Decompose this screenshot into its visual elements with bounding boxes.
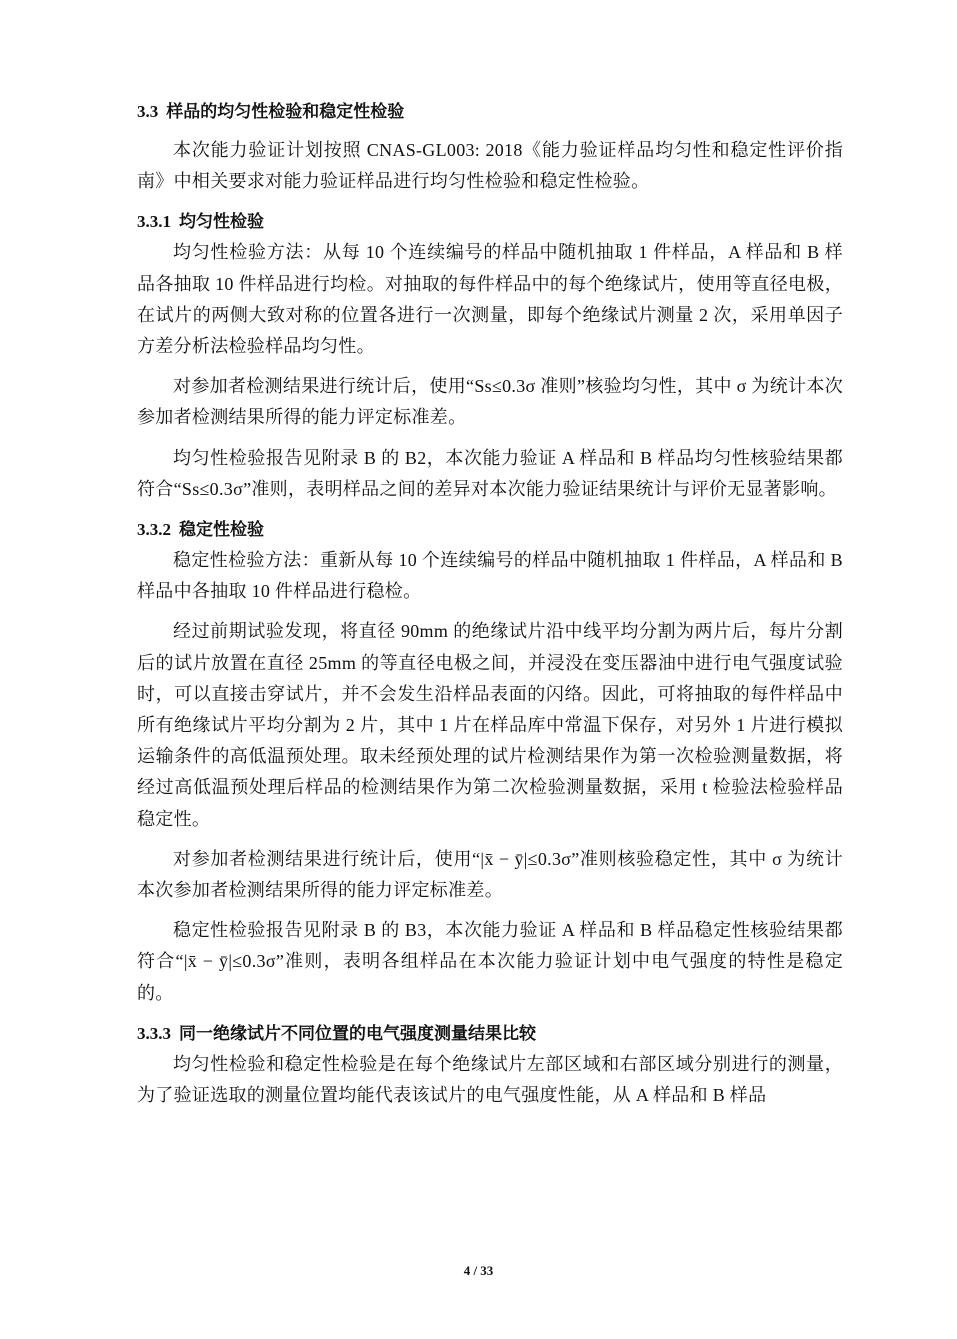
paragraph: 经过前期试验发现，将直径 90mm 的绝缘试片沿中线平均分割为两片后，每片分割后… (137, 616, 843, 834)
section-heading-3-3-1: 3.3.1均匀性检验 (137, 206, 843, 237)
section-number: 3.3.1 (137, 212, 171, 231)
section-number: 3.3 (137, 102, 158, 121)
paragraph: 均匀性检验方法：从每 10 个连续编号的样品中随机抽取 1 件样品，A 样品和 … (137, 237, 843, 362)
section-title: 稳定性检验 (179, 520, 264, 539)
paragraph: 对参加者检测结果进行统计后，使用“Ss≤0.3σ 准则”核验均匀性，其中 σ 为… (137, 371, 843, 433)
document-page: 3.3样品的均匀性检验和稳定性检验 本次能力验证计划按照 CNAS-GL003:… (0, 0, 957, 1339)
section-title: 同一绝缘试片不同位置的电气强度测量结果比较 (179, 1024, 536, 1043)
section-heading-3-3: 3.3样品的均匀性检验和稳定性检验 (137, 96, 843, 127)
section-number: 3.3.2 (137, 520, 171, 539)
paragraph: 本次能力验证计划按照 CNAS-GL003: 2018《能力验证样品均匀性和稳定… (137, 135, 843, 197)
paragraph: 稳定性检验报告见附录 B 的 B3，本次能力验证 A 样品和 B 样品稳定性核验… (137, 915, 843, 1009)
section-title: 样品的均匀性检验和稳定性检验 (166, 102, 404, 121)
section-heading-3-3-3: 3.3.3同一绝缘试片不同位置的电气强度测量结果比较 (137, 1018, 843, 1049)
section-title: 均匀性检验 (179, 212, 264, 231)
section-number: 3.3.3 (137, 1024, 171, 1043)
paragraph: 均匀性检验报告见附录 B 的 B2，本次能力验证 A 样品和 B 样品均匀性核验… (137, 443, 843, 505)
paragraph: 对参加者检测结果进行统计后，使用“|x̄ − ȳ|≤0.3σ”准则核验稳定性，其… (137, 844, 843, 906)
paragraph: 稳定性检验方法：重新从每 10 个连续编号的样品中随机抽取 1 件样品，A 样品… (137, 545, 843, 607)
page-number: 4 / 33 (0, 1263, 957, 1279)
page-content: 3.3样品的均匀性检验和稳定性检验 本次能力验证计划按照 CNAS-GL003:… (137, 96, 843, 1111)
paragraph: 均匀性检验和稳定性检验是在每个绝缘试片左部区域和右部区域分别进行的测量，为了验证… (137, 1049, 843, 1111)
section-heading-3-3-2: 3.3.2稳定性检验 (137, 514, 843, 545)
